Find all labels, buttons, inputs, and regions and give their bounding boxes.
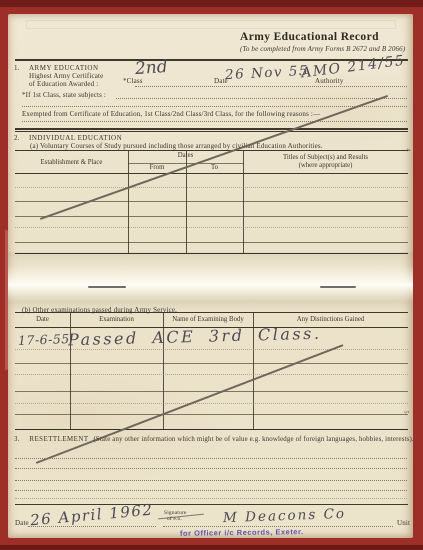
section3-description: (State any other information which might…: [93, 436, 413, 443]
dotted-line: [28, 526, 156, 527]
staple-wire: [320, 286, 356, 288]
section1-subheading-2: of Education Awarded :: [29, 80, 98, 88]
authority-handwritten-value: AMO 214/55: [300, 53, 406, 82]
section3-heading: RESETTLEMENT: [29, 436, 88, 443]
section2-heading: INDIVIDUAL EDUCATION: [29, 134, 122, 142]
col-distinctions-header: Any Distinctions Gained: [253, 316, 408, 324]
row-line: [15, 201, 408, 202]
page-catch-number-bottom: 5: [403, 411, 409, 414]
dotted-line: [116, 98, 407, 99]
row-line: [15, 187, 408, 188]
col-to-header: To: [186, 164, 243, 172]
double-rule-top: [15, 128, 408, 130]
col-titles-header: Titles of Subject(s) and Results (where …: [243, 154, 408, 170]
scanned-army-record-booklet: Army Educational Record (To be completed…: [0, 0, 423, 550]
col-examining-body-header: Name of Examining Body: [163, 316, 253, 324]
entry-baseline: [135, 86, 407, 87]
section3-line: 3. RESETTLEMENT (State any other informa…: [14, 436, 414, 444]
row-line: [15, 374, 408, 375]
col-establishment-header: Establishment & Place: [15, 159, 128, 167]
dotted-line: [22, 121, 407, 122]
date-handwritten-value: 26 Nov 55: [225, 63, 310, 83]
row-line: [15, 242, 408, 243]
voluntary-courses-table: Establishment & Place Dates From To Titl…: [15, 150, 408, 254]
staple-left: [88, 284, 126, 290]
section2-subheading: (a) Voluntary Courses of Study pursued i…: [30, 142, 323, 150]
section3-number: 3.: [14, 436, 19, 443]
row-line: [15, 363, 408, 364]
dotted-line: [15, 490, 407, 491]
page-subtitle: (To be completed from Army Forms B 2672 …: [240, 45, 405, 53]
red-cover-bottom-edge: [0, 545, 423, 550]
class-handwritten-value: 2nd: [134, 57, 168, 79]
form-page: Army Educational Record (To be completed…: [8, 14, 413, 538]
staple-wire: [88, 286, 126, 288]
ghost-impression: [26, 20, 396, 29]
row-line: [15, 216, 408, 217]
exempted-text: Exempted from Certificate of Education, …: [22, 110, 320, 118]
double-rule-bottom: [15, 131, 408, 132]
row-line: [15, 414, 408, 415]
section1-subheading-1: Highest Army Certificate: [29, 72, 103, 80]
booklet-fold: [8, 252, 413, 312]
dotted-line: [22, 106, 407, 107]
page-title: Army Educational Record: [240, 31, 379, 44]
exam-date-handwritten: 17-6-55: [18, 331, 70, 348]
row-line: [15, 227, 408, 228]
signature-handwritten: M Deacons Co: [223, 506, 347, 526]
records-office-stamp: for Officer i/c Records, Exeter.: [180, 527, 304, 538]
section1-number: 1.: [14, 64, 20, 72]
col-examination-header: Examination: [70, 316, 163, 324]
col-titles-line2: (where appropriate): [243, 162, 408, 170]
dotted-line: [15, 458, 407, 459]
dotted-line: [15, 498, 407, 499]
row-line: [15, 391, 408, 392]
section2-number: 2.: [14, 134, 20, 142]
dotted-line: [15, 480, 407, 481]
first-class-label: *If 1st Class, state subjects :: [22, 91, 106, 99]
unit-label: Unit: [397, 519, 410, 527]
staple-right: [320, 284, 356, 290]
dotted-line: [15, 468, 407, 469]
row-line: [15, 403, 408, 404]
header-bottom-line: [15, 173, 408, 174]
col-date-header: Date: [15, 316, 70, 324]
footer-date-label: Date: [15, 519, 29, 527]
col-titles-line1: Titles of Subject(s) and Results: [243, 154, 408, 162]
section1-heading: ARMY EDUCATION: [29, 64, 99, 72]
red-cover-top-edge: [0, 0, 423, 7]
footer-rule: [15, 504, 408, 505]
